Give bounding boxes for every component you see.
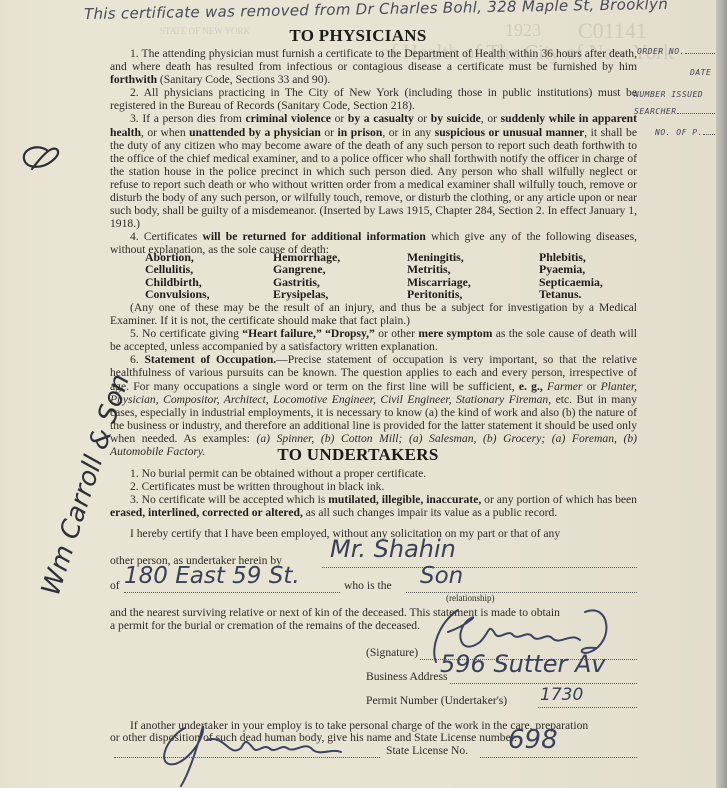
employed-by-field[interactable]: [322, 566, 637, 568]
undertakers-item-1: 1. No burial permit can be obtained with…: [110, 467, 637, 480]
who-is-label: who is the: [344, 579, 392, 592]
stamp-no-of-p: NO. OF P.: [655, 127, 716, 137]
address-field[interactable]: [124, 591, 340, 593]
business-address-label: Business Address: [366, 670, 447, 683]
physicians-item-6: 6. Statement of Occupation.—Precise stat…: [110, 353, 637, 458]
other-undertaker-signature: [145, 718, 375, 788]
disease-note: (Any one of these may be the result of a…: [110, 301, 637, 327]
disease-item: Peritonitis,: [407, 288, 539, 300]
relationship-field[interactable]: [406, 591, 637, 593]
stamp-order-no: ORDER NO.: [637, 46, 716, 56]
physicians-item-1: 1. The attending physician must furnish …: [110, 47, 637, 86]
disease-item: Tetanus.: [539, 288, 659, 300]
certificate-page: STATE OF NEW YORK of Health of The City …: [0, 0, 716, 788]
physicians-instructions: 1. The attending physician must furnish …: [110, 47, 637, 257]
permit-number-value: 1730: [540, 685, 583, 705]
business-address-value: 596 Sutter Av: [440, 650, 606, 678]
disease-item: Pyaemia,: [539, 263, 659, 275]
of-label: of: [110, 579, 120, 592]
undertakers-instructions: 1. No burial permit can be obtained with…: [110, 467, 637, 519]
physicians-item-5: 5. No certificate giving “Heart failure,…: [110, 327, 637, 353]
disease-item: Cellulitis,: [145, 263, 273, 275]
permit-number-field[interactable]: [538, 706, 637, 708]
undertakers-item-3: 3. No certificate will be accepted which…: [110, 493, 637, 519]
physicians-instructions-cont: (Any one of these may be the result of a…: [110, 301, 637, 458]
undertakers-item-2: 2. Certificates must be written througho…: [110, 480, 637, 493]
page-edge: [716, 0, 727, 788]
stamp-number-issued: NUMBER ISSUED: [634, 90, 703, 99]
business-address-field[interactable]: [450, 682, 637, 684]
physicians-item-3: 3. If a person dies from criminal violen…: [110, 112, 637, 230]
physicians-heading: TO PHYSICIANS: [0, 26, 716, 46]
disease-item: Convulsions,: [145, 288, 273, 300]
loop-mark-icon: [18, 145, 66, 175]
state-license-label: State License No.: [386, 744, 468, 757]
disease-item: Erysipelas,: [273, 288, 407, 300]
handwritten-header-note: This certificate was removed from Dr Cha…: [84, 0, 668, 23]
address-value: 180 East 59 St.: [124, 563, 300, 589]
disease-item: Metritis,: [407, 263, 539, 275]
relationship-value: Son: [420, 563, 463, 589]
stamp-date: DATE: [690, 68, 711, 77]
disease-item: Gangrene,: [273, 263, 407, 275]
physicians-item-2: 2. All physicians practicing in The City…: [110, 86, 637, 112]
employed-by-value: Mr. Shahin: [330, 535, 456, 563]
permit-number-label: Permit Number (Undertaker's): [366, 694, 507, 707]
state-license-field[interactable]: [480, 756, 637, 758]
nearest-kin-line-2: a permit for the burial or cremation of …: [110, 619, 420, 632]
disease-list: Abortion, Hemorrhage, Meningitis, Phlebi…: [145, 251, 615, 301]
stamp-searcher: SEARCHER: [634, 106, 716, 116]
undertakers-heading: TO UNDERTAKERS: [0, 445, 716, 465]
state-license-value: 698: [508, 725, 558, 755]
